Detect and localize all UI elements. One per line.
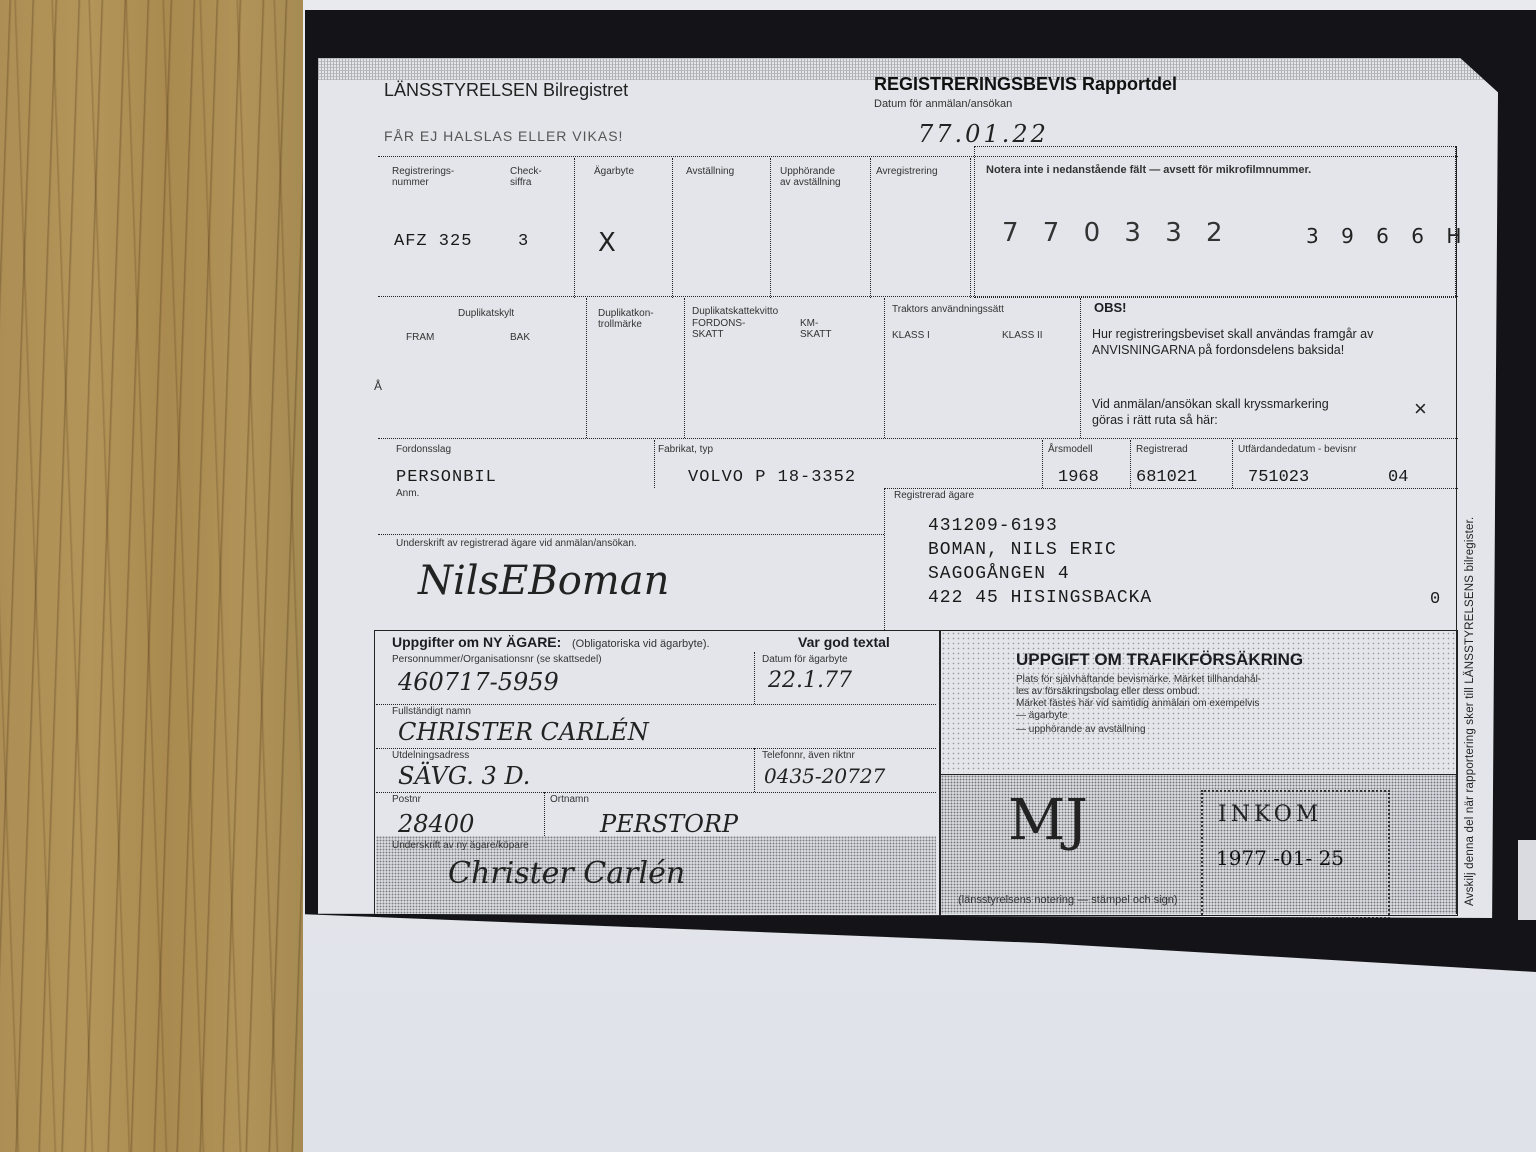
label-note: Anm.: [396, 488, 419, 499]
label-new-owner-signature: Underskrift av ny ägare/köpare: [392, 840, 529, 851]
new-owner-heading-note: (Obligatoriska vid ägarbyte).: [572, 638, 710, 650]
microfilm-suffix: 3 9 6 6 H: [1306, 224, 1469, 248]
label-vehicle-type: Fordonsslag: [396, 444, 451, 455]
owner-code: 0: [1430, 590, 1440, 609]
obs-text: Hur registreringsbeviset skall användas …: [1092, 326, 1452, 358]
label-postcode: Postnr: [392, 794, 421, 805]
official-note-label: (länsstyrelsens notering — stämpel och s…: [958, 894, 1177, 906]
label-km-tax: KM- SKATT: [800, 318, 831, 340]
issued-value: 751023: [1248, 468, 1309, 487]
label-class1: KLASS I: [892, 330, 930, 341]
label-end-deregistration: Upphörande av avställning: [780, 166, 841, 188]
label-front: FRAM: [406, 332, 434, 343]
label-owner-change: Ägarbyte: [594, 166, 634, 177]
official-initials: MJ: [1008, 788, 1088, 853]
label-back: BAK: [510, 332, 530, 343]
stamp-title: INKOM: [1218, 802, 1322, 827]
city-value: PERSTORP: [600, 810, 738, 838]
owner-id: 431209-6193: [928, 516, 1058, 536]
new-owner-signature: Christer Carlén: [448, 856, 685, 891]
phone-value: 0435-20727: [764, 764, 885, 788]
microfilm-note: Notera inte i nedanstående fält — avsett…: [986, 164, 1311, 176]
label-new-owner-id: Personnummer/Organisationsnr (se skattse…: [392, 654, 602, 665]
label-phone: Telefonnr, även riktnr: [762, 750, 855, 761]
owner-name: BOMAN, NILS ERIC: [928, 540, 1117, 560]
label-model-year: Årsmodell: [1048, 444, 1092, 455]
label-deregistration-temp: Avställning: [686, 166, 734, 177]
label-check-digit: Check- siffra: [510, 166, 542, 188]
insurance-item1: — ägarbyte: [1016, 710, 1068, 721]
label-duplicate-tax: Duplikatskattekvitto: [692, 306, 778, 317]
warning-text: FÅR EJ HALSLAS ELLER VIKAS!: [384, 128, 623, 144]
label-full-name: Fullständigt namn: [392, 706, 471, 717]
make-value: VOLVO P 18-3352: [688, 468, 856, 487]
owner-street: SAGOGÅNGEN 4: [928, 564, 1070, 584]
label-tractor-use: Traktors användningssätt: [892, 304, 1004, 315]
new-owner-heading-tail: Var god textal: [798, 634, 890, 650]
a-mark: Å: [374, 380, 382, 393]
microfilm-number: 7 7 0 3 3 2: [1002, 218, 1231, 248]
vehicle-type-value: PERSONBIL: [396, 468, 497, 487]
owner-change-cross: X: [598, 228, 616, 258]
label-city: Ortnamn: [550, 794, 589, 805]
reg-number-value: AFZ 325: [394, 232, 472, 251]
owner-postal: 422 45 HISINGSBACKA: [928, 588, 1152, 608]
document-title: REGISTRERINGSBEVIS Rapportdel: [874, 74, 1177, 95]
new-owner-id-value: 460717-5959: [398, 668, 559, 696]
obs-cross-text: Vid anmälan/ansökan skall kryssmarkering…: [1092, 396, 1362, 428]
change-date-value: 22.1.77: [768, 668, 852, 693]
registered-value: 681021: [1136, 468, 1197, 487]
new-owner-heading: Uppgifter om NY ÄGARE:: [392, 634, 561, 650]
label-registered-owner: Registrerad ägare: [894, 490, 974, 501]
check-digit-value: 3: [518, 232, 528, 251]
postcode-value: 28400: [398, 810, 474, 838]
obs-title: OBS!: [1094, 300, 1127, 315]
label-change-date: Datum för ägarbyte: [762, 654, 848, 665]
address-value: SÄVG. 3 D.: [398, 762, 530, 790]
label-address: Utdelningsadress: [392, 750, 469, 761]
owner-signature: NilsEBoman: [418, 558, 669, 604]
side-note: Avskilj denna del när rapportering sker …: [1464, 266, 1476, 906]
full-name-value: CHRISTER CARLÉN: [398, 718, 649, 746]
label-issued: Utfärdandedatum - bevisnr: [1238, 444, 1356, 455]
label-vehicle-tax: FORDONS- SKATT: [692, 318, 745, 340]
stamp-date: 1977 -01- 25: [1216, 846, 1344, 870]
label-deregistration: Avregistrering: [876, 166, 938, 177]
label-make: Fabrikat, typ: [658, 444, 713, 455]
insurance-line2: les av försäkringsbolag eller dess ombud…: [1016, 686, 1200, 697]
label-registered: Registrerad: [1136, 444, 1188, 455]
adjacent-page-edge: [1518, 840, 1536, 920]
date-label: Datum för anmälan/ansökan: [874, 98, 1012, 110]
date-value: 77.01.22: [918, 120, 1049, 148]
wooden-table-background: [0, 0, 305, 1152]
insurance-line1: Plats för självhäftande bevismärke. Märk…: [1016, 674, 1261, 685]
label-reg-number: Registrerings- nummer: [392, 166, 454, 188]
certificate-number: 04: [1388, 468, 1408, 487]
insurance-line3: Märket fästes här vid samtidig anmälan o…: [1016, 698, 1259, 709]
authority-title: LÄNSSTYRELSEN Bilregistret: [384, 80, 628, 101]
registration-certificate-form: LÄNSSTYRELSEN Bilregistret REGISTRERINGS…: [318, 58, 1498, 918]
label-duplicate-plate: Duplikatskylt: [458, 308, 514, 319]
label-duplicate-control: Duplikatkon- trollmärke: [598, 308, 654, 330]
cross-symbol: ×: [1414, 396, 1427, 422]
insurance-item2: — upphörande av avställning: [1016, 724, 1146, 735]
label-owner-signature: Underskrift av registrerad ägare vid anm…: [396, 538, 637, 549]
label-class2: KLASS II: [1002, 330, 1043, 341]
model-year-value: 1968: [1058, 468, 1099, 487]
insurance-title: UPPGIFT OM TRAFIKFÖRSÄKRING: [1016, 650, 1303, 670]
